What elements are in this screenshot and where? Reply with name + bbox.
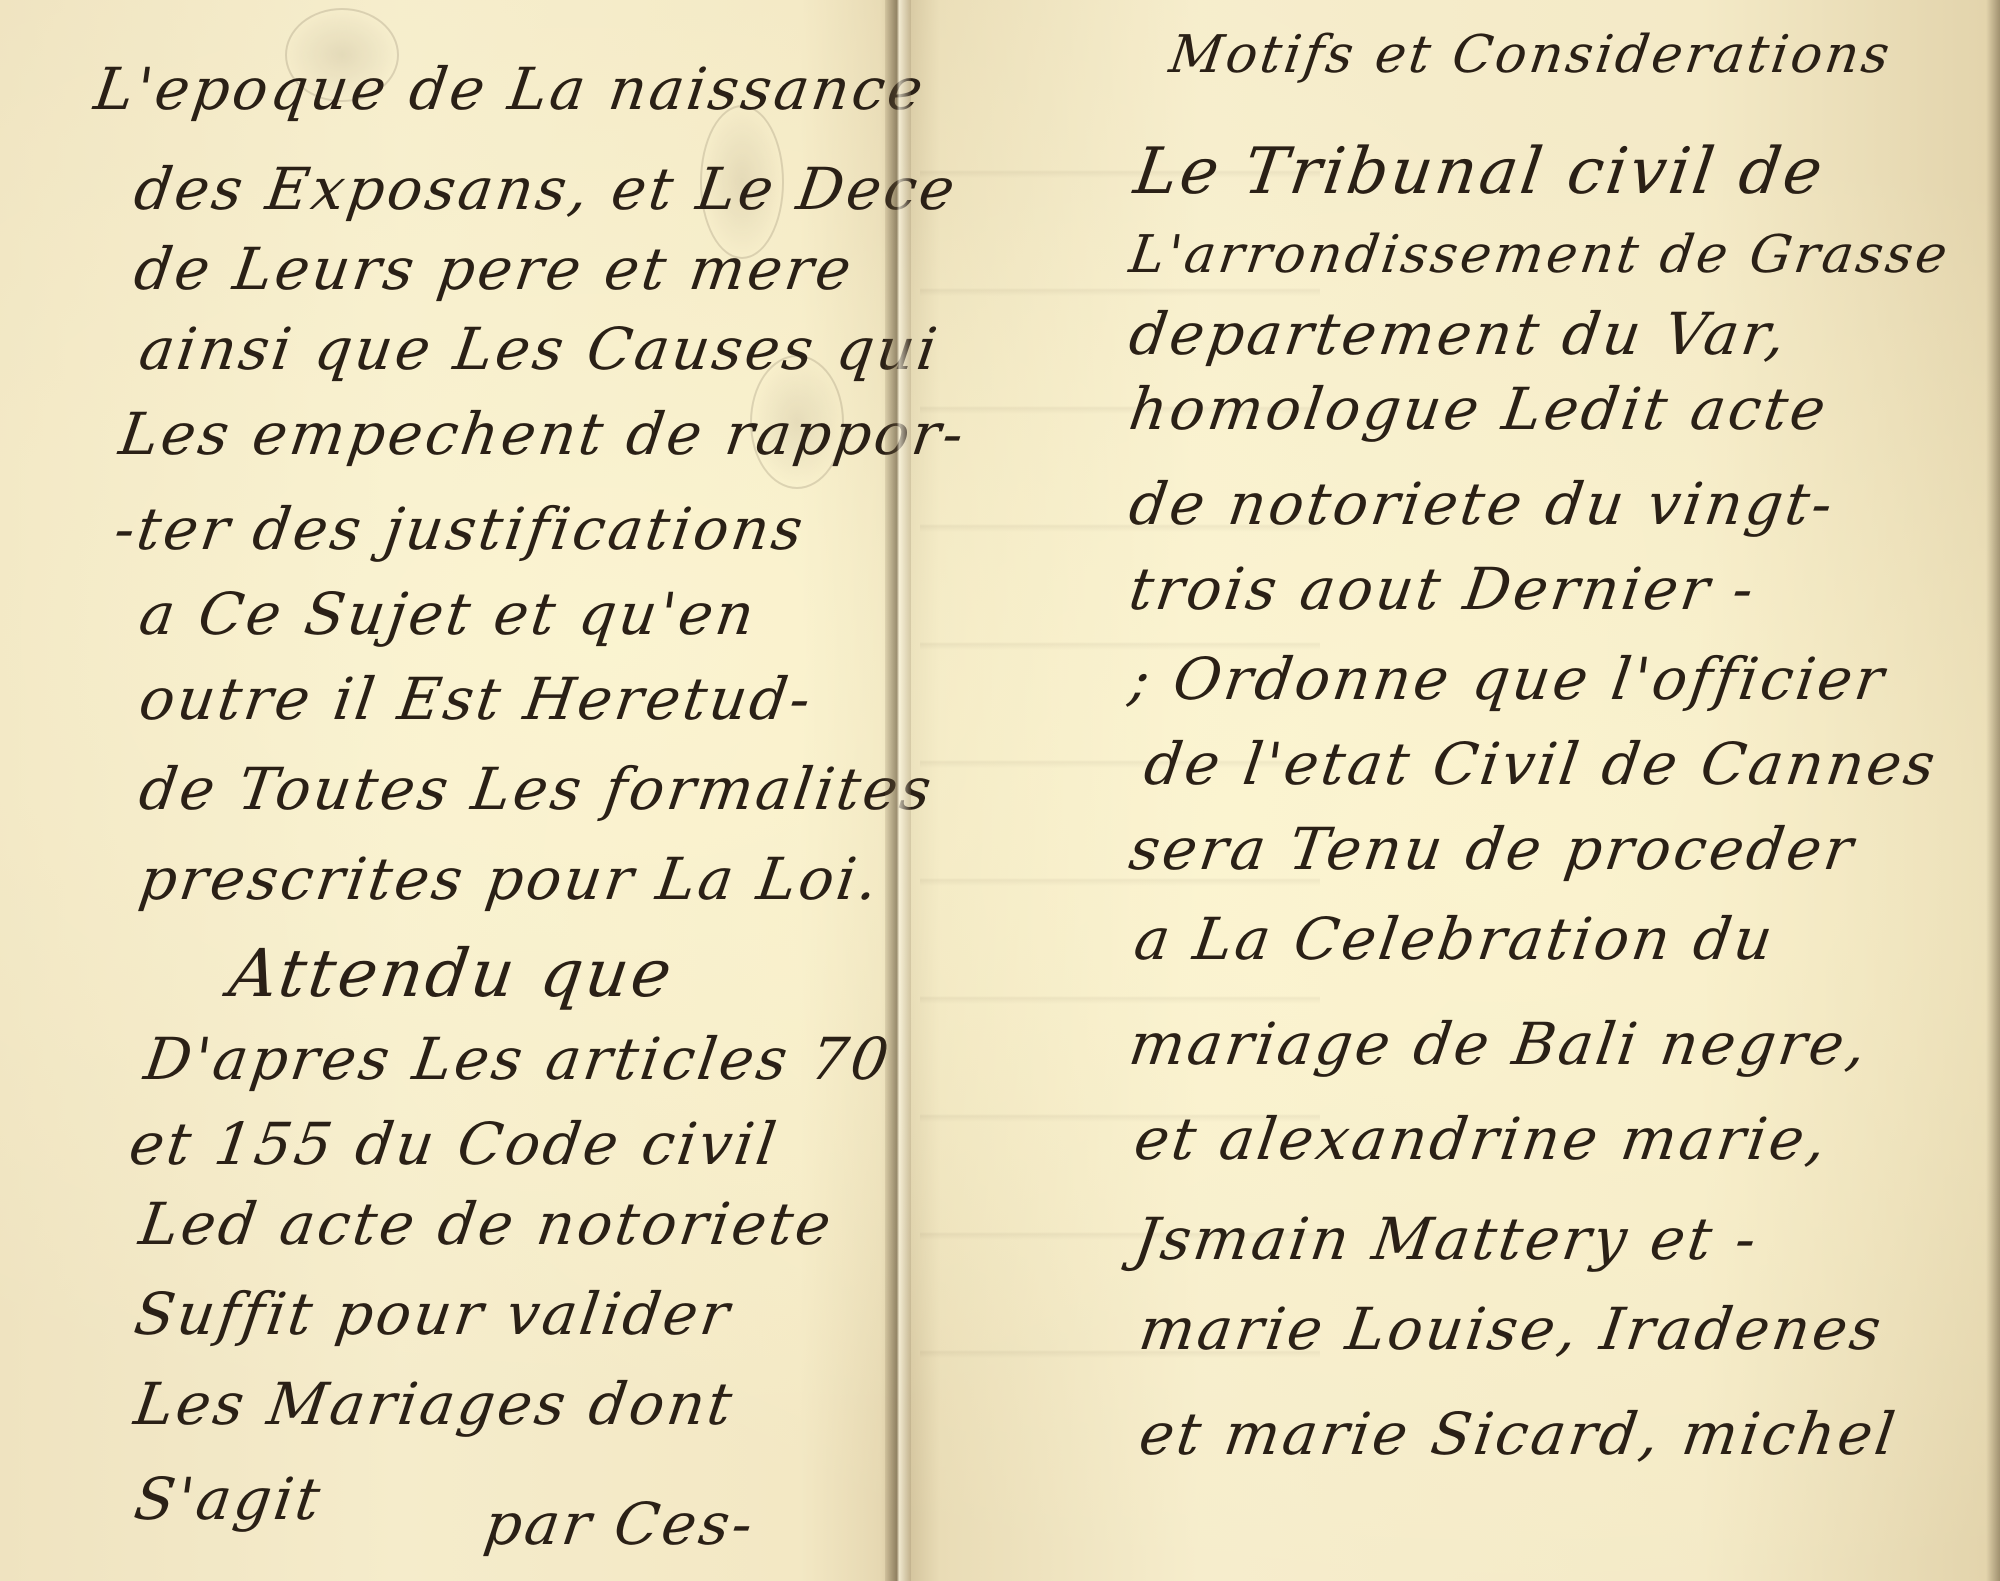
right-page: Motifs et Considerations Le Tribunal civ…: [905, 0, 2000, 1581]
right-line-12: mariage de Bali negre,: [1125, 1010, 1873, 1078]
right-line-2: Le Tribunal civil de: [1130, 135, 1830, 209]
page-edge-shadow: [1986, 0, 2000, 1581]
right-line-9: de l'etat Civil de Cannes: [1140, 730, 1942, 798]
right-line-11: a La Celebration du: [1130, 905, 1779, 973]
right-line-6: de notoriete du vingt-: [1125, 470, 1839, 538]
right-line-16: et marie Sicard, michel: [1135, 1400, 1902, 1468]
right-line-7: trois aout Dernier -: [1125, 555, 1760, 623]
right-line-15: marie Louise, Iradenes: [1135, 1295, 1888, 1363]
left-line-15: Suffit pour valider: [130, 1280, 736, 1348]
left-line-17: S'agit: [130, 1465, 327, 1533]
left-line-2: des Exposans, et Le Dece: [130, 155, 962, 223]
right-line-13: et alexandrine marie,: [1130, 1105, 1833, 1173]
left-line-16: Les Mariages dont: [130, 1370, 739, 1438]
left-line-11: Attendu que: [225, 935, 679, 1012]
document-spread: L'epoque de La naissance des Exposans, e…: [0, 0, 2000, 1581]
right-line-10: sera Tenu de proceder: [1125, 815, 1860, 883]
left-line-6: -ter des justifications: [110, 495, 810, 563]
right-line-8: ; Ordonne que l'officier: [1125, 645, 1891, 713]
left-line-8: outre il Est Heretud-: [135, 665, 817, 733]
left-line-9: de Toutes Les formalites: [135, 755, 938, 823]
left-line-7: a Ce Sujet et qu'en: [135, 580, 761, 648]
right-line-4: departement du Var,: [1125, 300, 1792, 368]
left-line-12: D'apres Les articles 70: [140, 1025, 896, 1093]
left-line-3: de Leurs pere et mere: [130, 235, 858, 303]
left-line-10: prescrites pour La Loi.: [135, 845, 885, 913]
left-page: L'epoque de La naissance des Exposans, e…: [0, 0, 895, 1581]
left-line-4: ainsi que Les Causes qui: [135, 315, 944, 383]
left-line-1: L'epoque de La naissance: [90, 55, 930, 123]
right-line-14: Jsmain Mattery et -: [1130, 1205, 1763, 1273]
right-line-1: Motifs et Considerations: [1166, 25, 1896, 85]
left-line-13: et 155 du Code civil: [125, 1110, 783, 1178]
left-line-14: Led acte de notoriete: [135, 1190, 838, 1258]
right-line-5: homologue Ledit acte: [1125, 375, 1832, 443]
right-line-3: L'arrondissement de Grasse: [1126, 225, 1954, 285]
left-line-18: par Ces-: [480, 1490, 759, 1558]
left-line-5: Les empechent de rappor-: [115, 400, 970, 468]
